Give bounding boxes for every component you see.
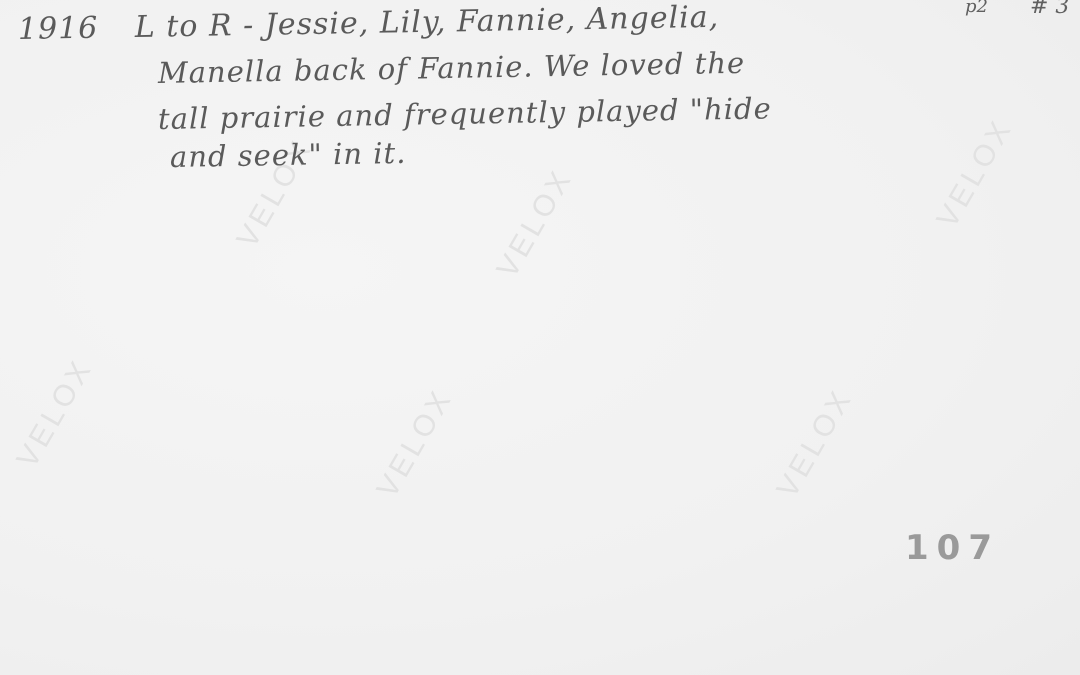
note-line-4: and seek" in it. — [170, 136, 407, 174]
velox-watermark: VELOX — [491, 163, 580, 284]
note-line-2: Manella back of Fannie. We loved the — [158, 46, 746, 90]
note-line-3: tall prairie and frequently played "hide — [158, 91, 772, 136]
velox-watermark: VELOX — [11, 353, 100, 474]
note-line-1: 1916 L to R - Jessie, Lily, Fannie, Ange… — [18, 0, 720, 47]
photo-back-card: VELOX VELOX VELOX VELOX VELOX VELOX 1916… — [0, 0, 1080, 675]
corner-page-mark: p2 — [965, 0, 988, 17]
velox-watermark: VELOX — [371, 383, 460, 504]
velox-watermark: VELOX — [931, 113, 1020, 234]
note-year: 1916 — [18, 11, 99, 47]
note-line-text: L to R - Jessie, Lily, Fannie, Angelia, — [135, 0, 720, 45]
velox-watermark: VELOX — [771, 383, 860, 504]
corner-number-mark: # 3 — [1030, 0, 1069, 19]
page-number: 107 — [905, 528, 1000, 568]
